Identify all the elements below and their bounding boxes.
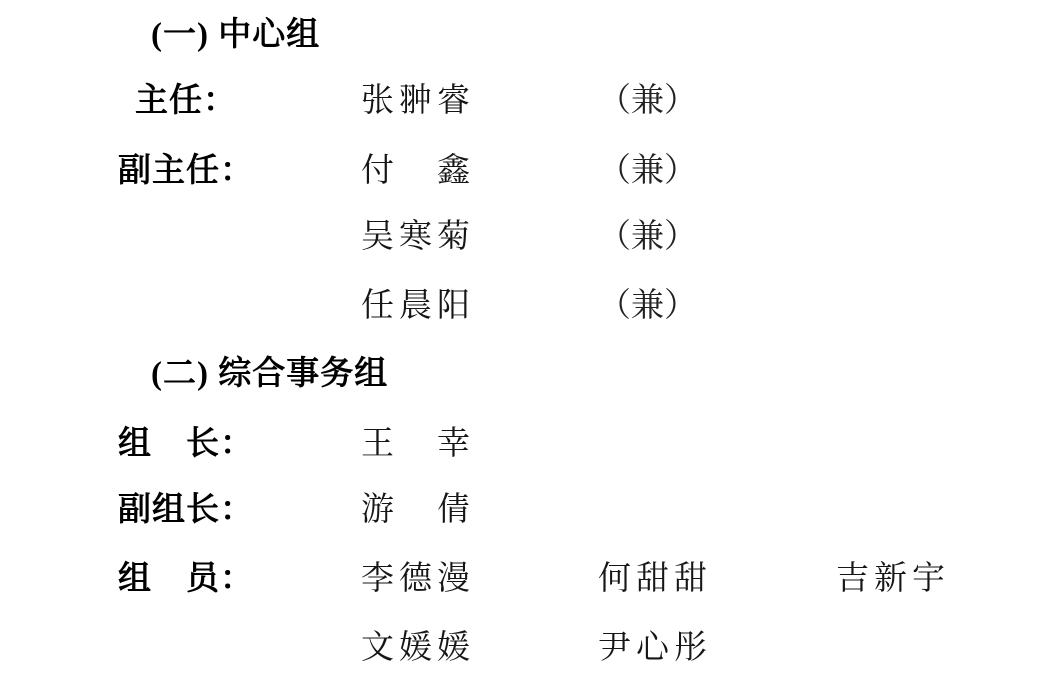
concurrent-post-note: （兼） bbox=[598, 82, 697, 120]
row-deputy-director-2: 吴寒菊 （兼） bbox=[0, 218, 1042, 256]
section-heading-center-group: (一) 中心组 bbox=[151, 16, 320, 54]
row-group-members-2: 文媛媛 尹心彤 bbox=[0, 629, 1042, 667]
person-name: 付 鑫 bbox=[361, 152, 475, 190]
row-group-leader: 组 长： 王 幸 bbox=[0, 425, 1042, 463]
person-name: 李德漫 bbox=[361, 560, 475, 598]
person-name: 王 幸 bbox=[361, 425, 475, 463]
section-heading-general-affairs-group: (二) 综合事务组 bbox=[151, 355, 388, 393]
person-name: 任晨阳 bbox=[361, 287, 475, 325]
row-deputy-group-leader: 副组长： 游 倩 bbox=[0, 491, 1042, 529]
person-name: 何甜甜 bbox=[598, 560, 712, 598]
row-group-members-1: 组 员： 李德漫 何甜甜 吉新宇 bbox=[0, 560, 1042, 598]
concurrent-post-note: （兼） bbox=[598, 152, 697, 190]
document-page: (一) 中心组 主任： 张翀睿 （兼） 副主任： 付 鑫 （兼） 吴寒菊 （兼）… bbox=[0, 0, 1042, 687]
person-name: 文媛媛 bbox=[361, 629, 475, 667]
concurrent-post-note: （兼） bbox=[598, 287, 697, 325]
person-name: 张翀睿 bbox=[361, 82, 475, 120]
row-director: 主任： 张翀睿 （兼） bbox=[0, 82, 1042, 120]
row-deputy-director-3: 任晨阳 （兼） bbox=[0, 287, 1042, 325]
person-name: 吴寒菊 bbox=[361, 218, 475, 256]
concurrent-post-note: （兼） bbox=[598, 218, 697, 256]
role-label-group-leader: 组 长： bbox=[118, 425, 254, 463]
role-label-director: 主任： bbox=[135, 82, 237, 120]
role-label-deputy-director: 副主任： bbox=[118, 152, 254, 190]
role-label-deputy-group-leader: 副组长： bbox=[118, 491, 254, 529]
row-deputy-director-1: 副主任： 付 鑫 （兼） bbox=[0, 152, 1042, 190]
role-label-group-members: 组 员： bbox=[118, 560, 254, 598]
person-name: 吉新宇 bbox=[836, 560, 950, 598]
person-name: 游 倩 bbox=[361, 491, 475, 529]
person-name: 尹心彤 bbox=[598, 629, 712, 667]
